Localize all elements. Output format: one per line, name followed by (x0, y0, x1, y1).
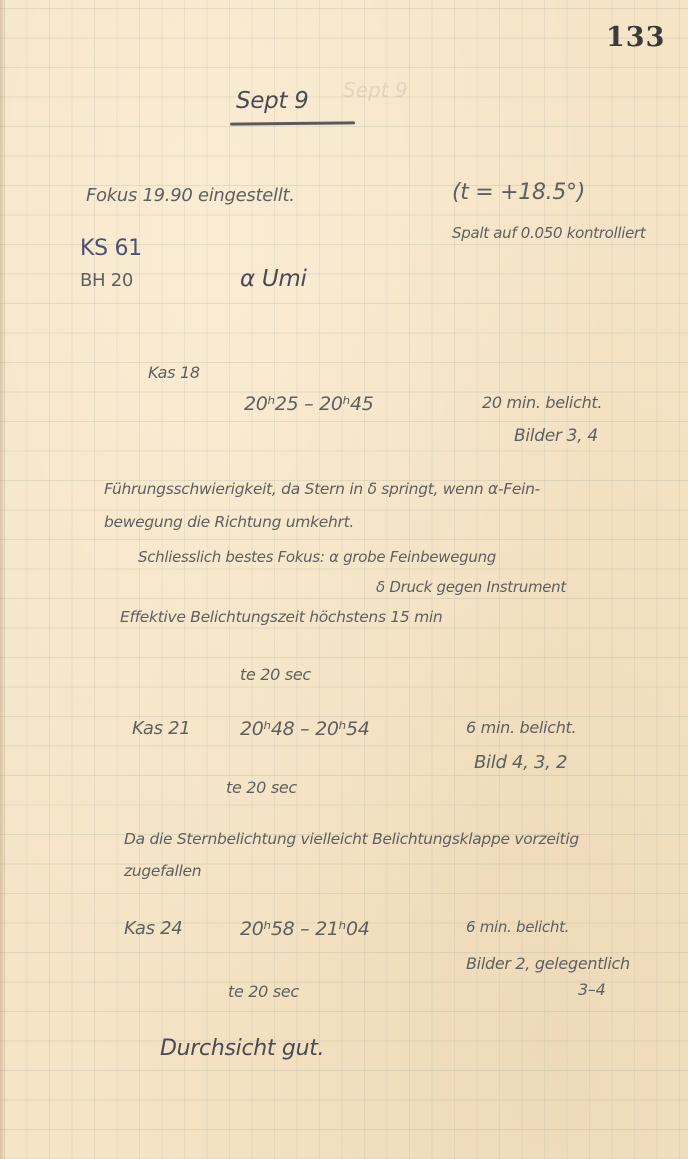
shutter-remark-line2: zugefallen (124, 862, 201, 880)
date-heading: Sept 9 (236, 88, 309, 114)
star-name: α Umi (240, 266, 307, 292)
bleed-through-text: Sept 9 (343, 78, 408, 102)
exposure-2-time: 20ʰ48 – 20ʰ54 (240, 718, 370, 740)
notebook-page: 133 Sept 9 Sept 9 Fokus 19.90 eingestell… (0, 0, 688, 1159)
date-underline (230, 121, 355, 125)
te-note-1: te 20 sec (240, 665, 311, 684)
best-focus-line1: Schliesslich bestes Fokus: α grobe Feinb… (138, 548, 496, 566)
exposure-1-duration: 20 min. belicht. (482, 393, 602, 412)
exposure-3-te-note: te 20 sec (228, 982, 299, 1001)
temperature-note: (t = +18.5°) (452, 180, 585, 205)
exposure-3-images-cont: 3–4 (578, 980, 605, 999)
exposure-2-duration: 6 min. belicht. (466, 718, 576, 737)
exposure-3-time: 20ʰ58 – 21ʰ04 (240, 918, 370, 940)
exposure-2-images: Bild 4, 3, 2 (474, 752, 567, 773)
exposure-2-camera: Kas 21 (132, 718, 190, 739)
exposure-2-te-note: te 20 sec (226, 778, 297, 797)
focus-line: Fokus 19.90 eingestellt. (86, 185, 295, 206)
object-label: BH 20 (80, 270, 133, 291)
guiding-remark-line2: bewegung die Richtung umkehrt. (104, 513, 354, 531)
exposure-3-camera: Kas 24 (124, 918, 182, 939)
exposure-3-duration: 6 min. belicht. (466, 918, 569, 936)
camera-label: KS 61 (80, 236, 142, 261)
effective-exposure-note: Effektive Belichtungszeit höchstens 15 m… (120, 608, 442, 626)
guiding-remark-line1: Führungsschwierigkeit, da Stern in δ spr… (104, 480, 540, 498)
slit-note: Spalt auf 0.050 kontrolliert (452, 224, 646, 242)
exposure-1-time: 20ʰ25 – 20ʰ45 (244, 393, 374, 415)
exposure-1-images: Bilder 3, 4 (514, 426, 598, 446)
page-number: 133 (606, 22, 665, 53)
conclusion-note: Durchsicht gut. (160, 1036, 324, 1061)
exposure-1-camera: Kas 18 (148, 363, 200, 382)
exposure-3-images: Bilder 2, gelegentlich (466, 954, 630, 973)
best-focus-line2: δ Druck gegen Instrument (376, 578, 566, 596)
shutter-remark-line1: Da die Sternbelichtung vielleicht Belich… (124, 830, 579, 848)
